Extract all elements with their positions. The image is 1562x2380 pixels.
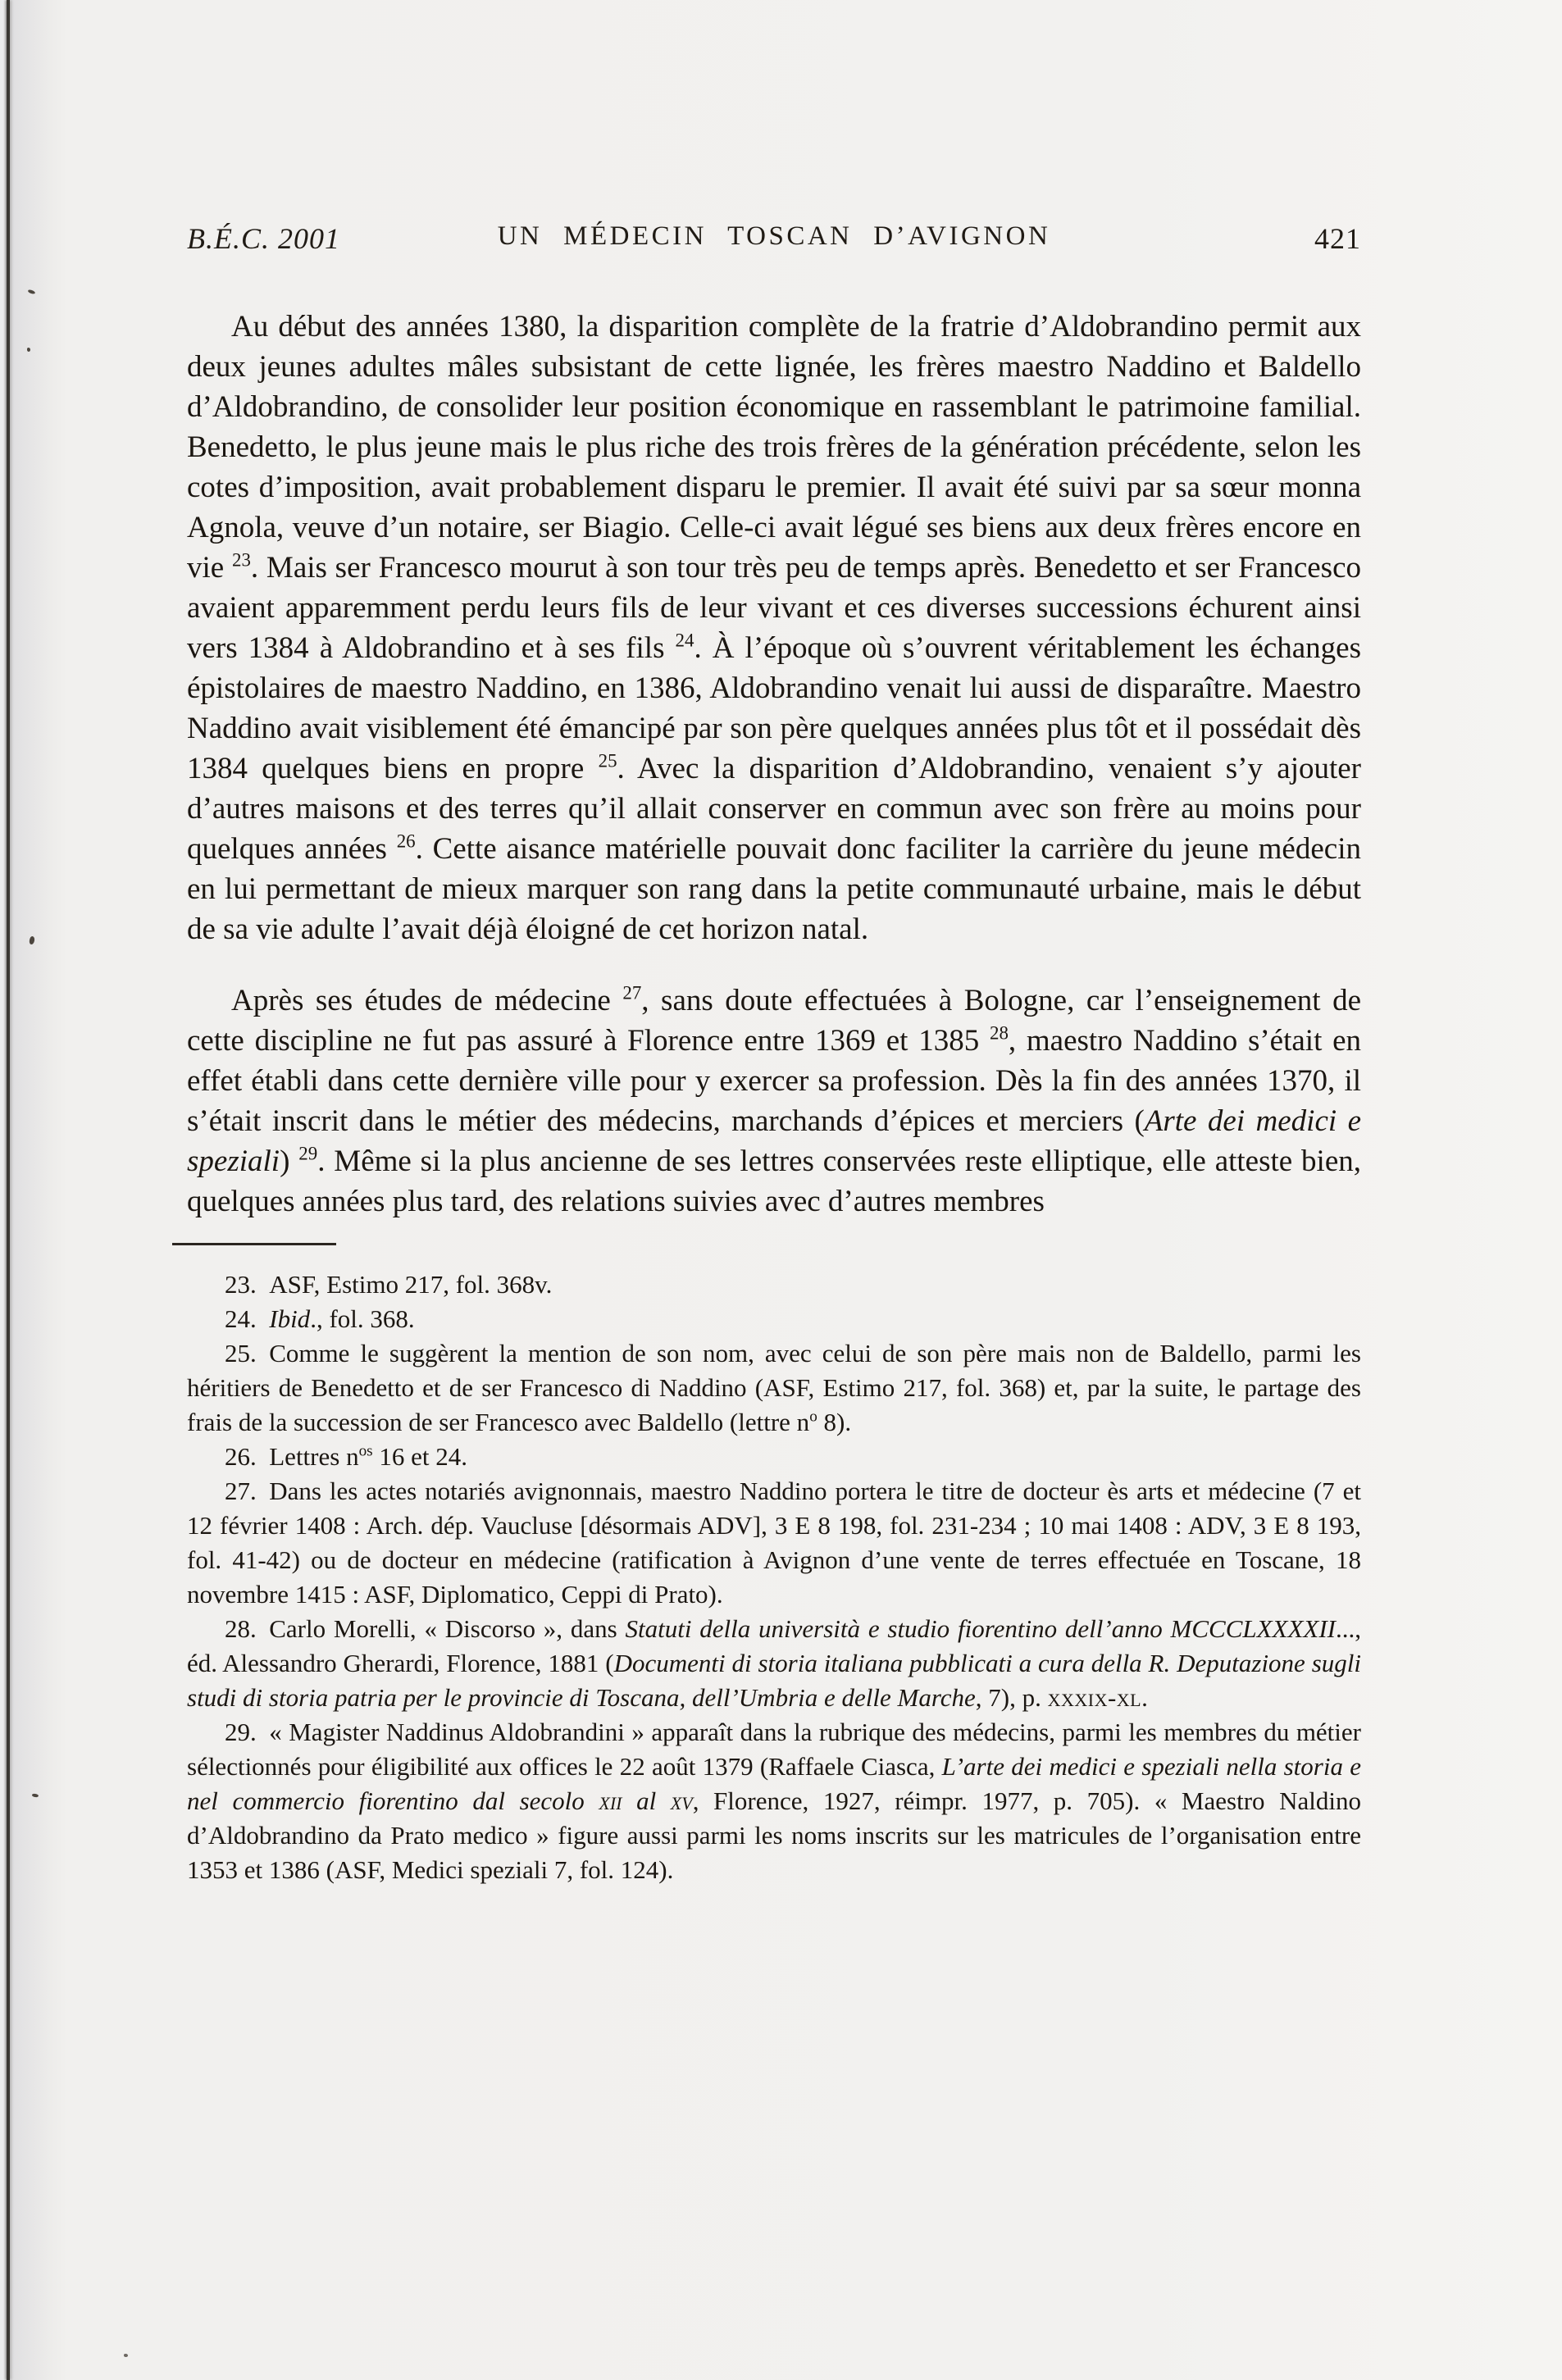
text-segment: 24. (225, 1304, 269, 1333)
text-segment: 28. Carlo Morelli, « Discorso », dans (225, 1614, 625, 1643)
binding-shadow (10, 0, 67, 2380)
footnote-28: 28. Carlo Morelli, « Discorso », dans St… (187, 1612, 1361, 1715)
text-segment: 27 (622, 983, 641, 1003)
footnote-23: 23. ASF, Estimo 217, fol. 368v. (187, 1267, 1361, 1302)
text-segment: Statuti della università e studio fioren… (625, 1614, 1336, 1643)
text-segment: Ibid (269, 1304, 310, 1333)
article-body: Au début des années 1380, la disparition… (187, 307, 1361, 1222)
page-content: B.É.C. 2001 UN MÉDECIN TOSCAN D’AVIGNON … (187, 221, 1361, 1887)
footnote-separator-rule (172, 1243, 336, 1245)
scanned-journal-page: B.É.C. 2001 UN MÉDECIN TOSCAN D’AVIGNON … (0, 0, 1562, 2380)
text-segment: ., fol. 368. (310, 1304, 414, 1333)
text-segment: ) (280, 1144, 298, 1178)
text-segment: 25. Comme le suggèrent la mention de son… (187, 1339, 1361, 1436)
footnote-29: 29. « Magister Naddinus Aldobrandini » a… (187, 1715, 1361, 1887)
text-segment: 27. Dans les actes notariés avignonnais,… (187, 1477, 1361, 1609)
text-segment: 28 (990, 1023, 1009, 1044)
footnote-27: 27. Dans les actes notariés avignonnais,… (187, 1474, 1361, 1612)
footnote-26: 26. Lettres nos 16 et 24. (187, 1440, 1361, 1474)
running-header: B.É.C. 2001 UN MÉDECIN TOSCAN D’AVIGNON … (187, 221, 1361, 261)
text-segment: 29 (298, 1144, 317, 1164)
text-segment: 8). (817, 1408, 851, 1436)
text-segment: . Même si la plus ancienne de ses lettre… (187, 1144, 1361, 1218)
text-segment: 24 (676, 630, 694, 651)
scan-speck (27, 348, 30, 352)
text-segment: 23 (232, 550, 251, 571)
text-segment: 23. ASF, Estimo 217, fol. 368v. (225, 1270, 552, 1299)
text-segment: 16 et 24. (373, 1442, 467, 1471)
text-segment: . (1141, 1683, 1148, 1712)
text-segment: 26. Lettres n (225, 1442, 359, 1471)
text-segment: xii (599, 1786, 622, 1815)
scan-speck (124, 2354, 128, 2357)
text-segment: xxxix-xl (1048, 1683, 1142, 1712)
text-segment: al (622, 1786, 670, 1815)
text-segment: , 7), p. (976, 1683, 1048, 1712)
text-segment: 26 (397, 831, 416, 852)
journal-reference: B.É.C. 2001 (187, 221, 340, 256)
text-segment: Après ses études de médecine (231, 984, 622, 1017)
footnote-24: 24. Ibid., fol. 368. (187, 1302, 1361, 1336)
page-number: 421 (1314, 221, 1361, 256)
footnotes-block: 23. ASF, Estimo 217, fol. 368v. 24. Ibid… (187, 1267, 1361, 1887)
text-segment: xv (671, 1786, 693, 1815)
body-paragraph: Au début des années 1380, la disparition… (187, 307, 1361, 949)
text-segment: os (359, 1443, 373, 1460)
text-segment: 25 (599, 751, 617, 771)
running-title: UN MÉDECIN TOSCAN D’AVIGNON (498, 221, 1051, 252)
body-paragraph: Après ses études de médecine 27, sans do… (187, 981, 1361, 1222)
footnote-25: 25. Comme le suggèrent la mention de son… (187, 1336, 1361, 1440)
text-segment: o (809, 1408, 817, 1426)
text-segment: Au début des années 1380, la disparition… (187, 310, 1361, 585)
